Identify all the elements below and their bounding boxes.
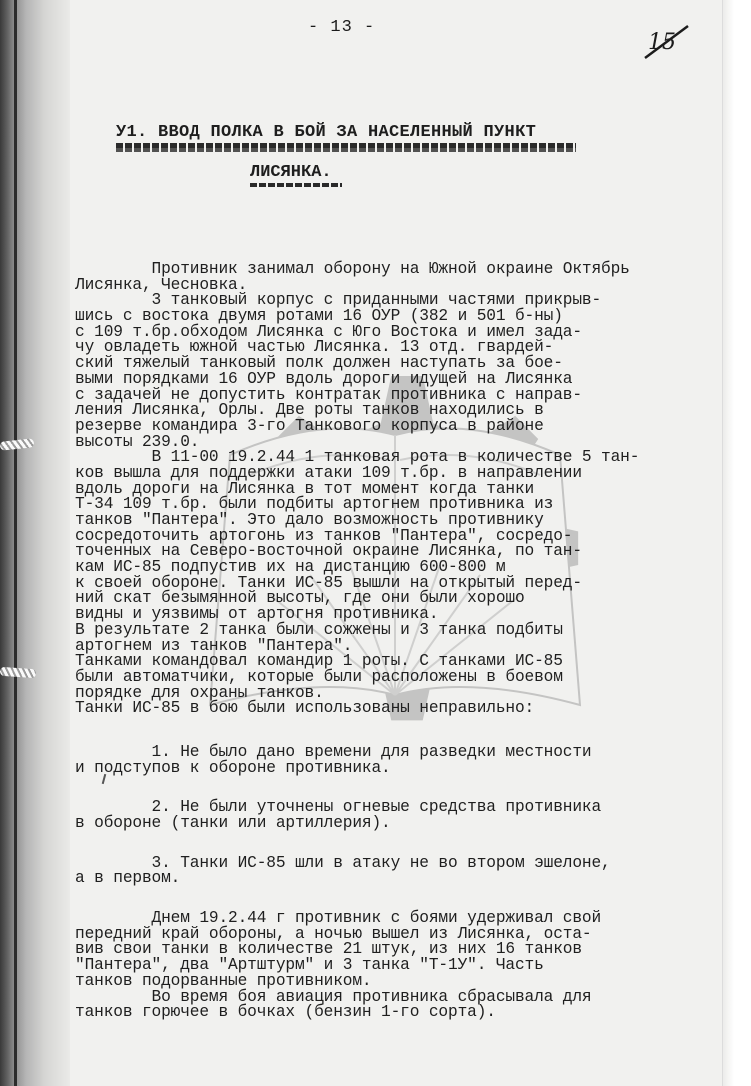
page-edge <box>722 0 751 1086</box>
text-line: танков горючее в бочках (бензин 1-го сор… <box>75 1005 715 1021</box>
paragraph-gap <box>75 776 715 800</box>
binding-shadow <box>0 0 70 1086</box>
document-body: Противник занимал оборону на Южной окраи… <box>75 262 715 1021</box>
text-line: Танки ИС-85 в бою были использованы непр… <box>75 701 715 717</box>
text-line: а в первом. <box>75 871 715 887</box>
folio-number: 15 <box>648 30 676 55</box>
paragraph-gap <box>75 887 715 911</box>
paragraph-gap <box>75 832 715 856</box>
text-line: в обороне (танки или артиллерия). <box>75 816 715 832</box>
document-page: - 13 - 15 У1. ВВОД ПОЛКА В БОЙ ЗА НАСЕЛЕ… <box>0 0 751 1086</box>
binding-spine <box>14 0 17 1086</box>
text-line: и подступов к обороне противника. <box>75 761 715 777</box>
section-heading: У1. ВВОД ПОЛКА В БОЙ ЗА НАСЕЛЕННЫЙ ПУНКТ <box>116 123 536 142</box>
page-number: - 13 - <box>308 18 375 37</box>
heading-underline <box>250 183 342 187</box>
paragraph-gap <box>75 717 715 745</box>
heading-underline <box>116 147 576 152</box>
section-heading-place: ЛИСЯНКА. <box>250 163 332 182</box>
